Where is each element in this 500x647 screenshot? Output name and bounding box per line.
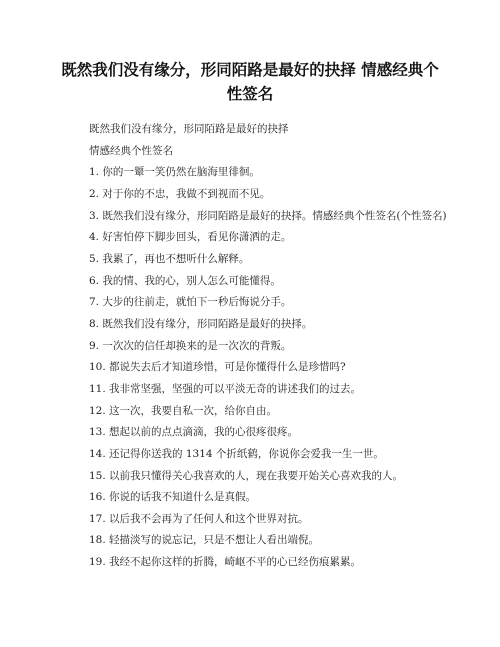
- list-item: 15. 以前我只懂得关心我喜欢的人，现在我要开始关心喜欢我的人。: [89, 466, 489, 488]
- list-item: 14. 还记得你送我的 1314 个折纸鹤，你说你会爱我一生一世。: [89, 444, 489, 466]
- list-item: 17. 以后我不会再为了任何人和这个世界对抗。: [89, 509, 489, 531]
- list-item: 6. 我的情、我的心，别人怎么可能懂得。: [89, 271, 489, 293]
- list-item: 11. 我非常坚强，坚强的可以平淡无奇的讲述我们的过去。: [89, 379, 489, 401]
- list-item: 8. 既然我们没有缘分，形同陌路是最好的抉择。: [89, 314, 489, 336]
- list-item: 19. 我经不起你这样的折腾，崎岖不平的心已经伤痕累累。: [89, 552, 489, 574]
- list-item: 18. 轻描淡写的说忘记，只是不想让人看出端倪。: [89, 530, 489, 552]
- document-title: 既然我们没有缘分，形同陌路是最好的抉择 情感经典个性签名: [60, 58, 440, 106]
- list-item: 1. 你的一颦一笑仍然在脑海里徘徊。: [89, 162, 489, 184]
- document-body: 既然我们没有缘分，形同陌路是最好的抉择 情感经典个性签名 1. 你的一颦一笑仍然…: [89, 119, 489, 574]
- list-item: 12. 这一次，我要自私一次，给你自由。: [89, 401, 489, 423]
- intro-line: 既然我们没有缘分，形同陌路是最好的抉择: [89, 119, 489, 141]
- intro-line: 情感经典个性签名: [89, 141, 489, 163]
- list-item: 4. 好害怕停下脚步回头，看见你潇洒的走。: [89, 227, 489, 249]
- list-item: 16. 你说的话我不知道什么是真假。: [89, 487, 489, 509]
- list-item: 2. 对于你的不忠，我做不到视而不见。: [89, 184, 489, 206]
- list-item: 7. 大步的往前走，就怕下一秒后悔说分手。: [89, 292, 489, 314]
- list-item: 3. 既然我们没有缘分，形同陌路是最好的抉择。情感经典个性签名(个性签名): [89, 206, 489, 228]
- list-item: 13. 想起以前的点点滴滴，我的心很疼很疼。: [89, 422, 489, 444]
- list-item: 9. 一次次的信任却换来的是一次次的背叛。: [89, 336, 489, 358]
- list-item: 10. 都说失去后才知道珍惜，可是你懂得什么是珍惜吗?: [89, 357, 489, 379]
- list-item: 5. 我累了，再也不想听什么解释。: [89, 249, 489, 271]
